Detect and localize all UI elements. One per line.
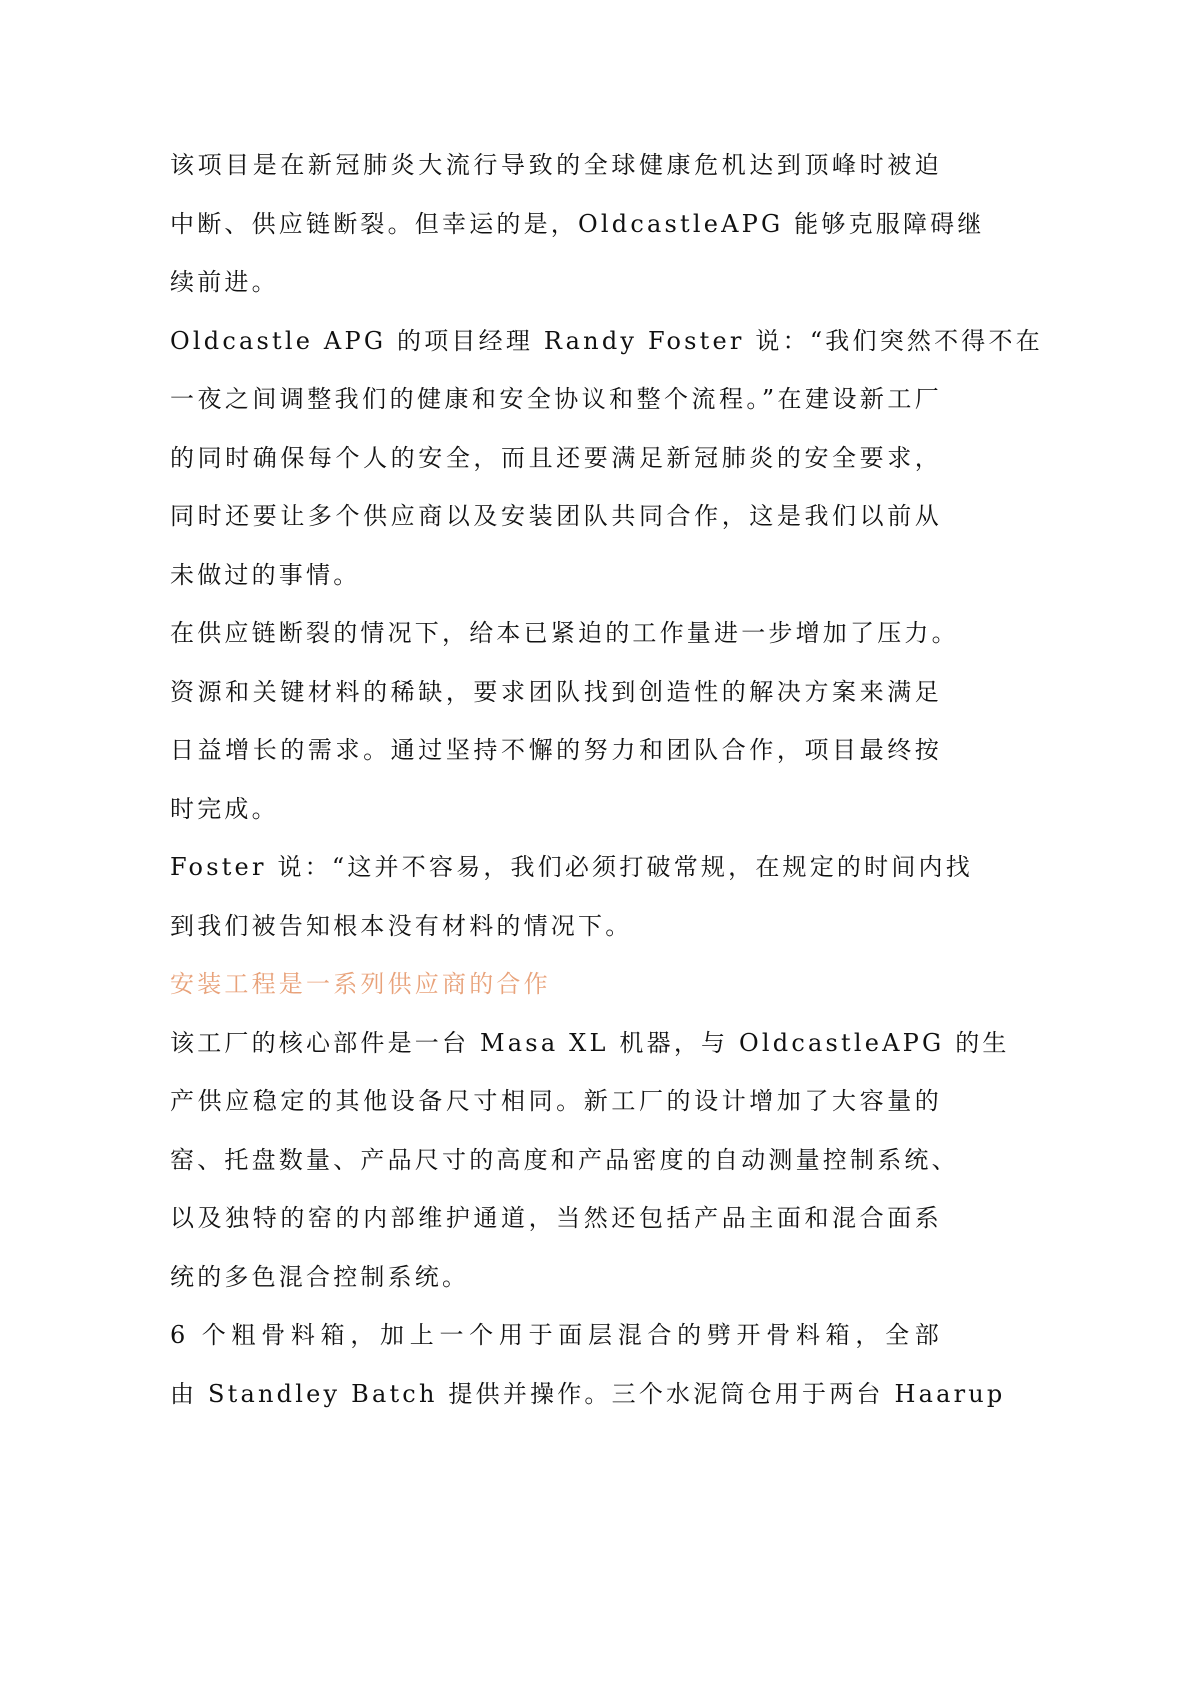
paragraph-4: Foster 说：“这并不容易，我们必须打破常规，在规定的时间内找 到我们被告知…	[170, 847, 942, 964]
text-line: 到我们被告知根本没有材料的情况下。	[170, 906, 942, 965]
text-line: 统的多色混合控制系统。	[170, 1257, 942, 1316]
text-line: 在供应链断裂的情况下，给本已紧迫的工作量进一步增加了压力。	[170, 613, 942, 672]
paragraph-6: 6 个粗骨料箱，加上一个用于面层混合的劈开骨料箱，全部 由 Standley B…	[170, 1315, 942, 1432]
text-line: 同时还要让多个供应商以及安装团队共同合作，这是我们以前从	[170, 496, 942, 555]
text-line: 时完成。	[170, 789, 942, 848]
text-line: 产供应稳定的其他设备尺寸相同。新工厂的设计增加了大容量的	[170, 1081, 942, 1140]
paragraph-1: 该项目是在新冠肺炎大流行导致的全球健康危机达到顶峰时被迫 中断、供应链断裂。但幸…	[170, 145, 942, 321]
document-page: 该项目是在新冠肺炎大流行导致的全球健康危机达到顶峰时被迫 中断、供应链断裂。但幸…	[170, 145, 942, 1432]
paragraph-3: 在供应链断裂的情况下，给本已紧迫的工作量进一步增加了压力。 资源和关键材料的稀缺…	[170, 613, 942, 847]
text-line: 该工厂的核心部件是一台 Masa XL 机器，与 OldcastleAPG 的生	[170, 1023, 942, 1082]
paragraph-5: 该工厂的核心部件是一台 Masa XL 机器，与 OldcastleAPG 的生…	[170, 1023, 942, 1316]
text-line: 未做过的事情。	[170, 555, 942, 614]
text-line: 中断、供应链断裂。但幸运的是，OldcastleAPG 能够克服障碍继	[170, 204, 942, 263]
paragraph-2: Oldcastle APG 的项目经理 Randy Foster 说：“我们突然…	[170, 321, 942, 614]
text-line: Oldcastle APG 的项目经理 Randy Foster 说：“我们突然…	[170, 321, 942, 380]
text-line: Foster 说：“这并不容易，我们必须打破常规，在规定的时间内找	[170, 847, 942, 906]
section-heading: 安装工程是一系列供应商的合作	[170, 964, 942, 1023]
text-line: 续前进。	[170, 262, 942, 321]
text-line: 窑、托盘数量、产品尺寸的高度和产品密度的自动测量控制系统、	[170, 1140, 942, 1199]
text-line: 一夜之间调整我们的健康和安全协议和整个流程。”在建设新工厂	[170, 379, 942, 438]
text-line: 6 个粗骨料箱，加上一个用于面层混合的劈开骨料箱，全部	[170, 1315, 942, 1374]
text-line: 资源和关键材料的稀缺，要求团队找到创造性的解决方案来满足	[170, 672, 942, 731]
text-line: 以及独特的窑的内部维护通道，当然还包括产品主面和混合面系	[170, 1198, 942, 1257]
text-line: 该项目是在新冠肺炎大流行导致的全球健康危机达到顶峰时被迫	[170, 145, 942, 204]
text-line: 由 Standley Batch 提供并操作。三个水泥筒仓用于两台 Haarup	[170, 1374, 942, 1433]
text-line: 的同时确保每个人的安全，而且还要满足新冠肺炎的安全要求，	[170, 438, 942, 497]
text-line: 日益增长的需求。通过坚持不懈的努力和团队合作，项目最终按	[170, 730, 942, 789]
